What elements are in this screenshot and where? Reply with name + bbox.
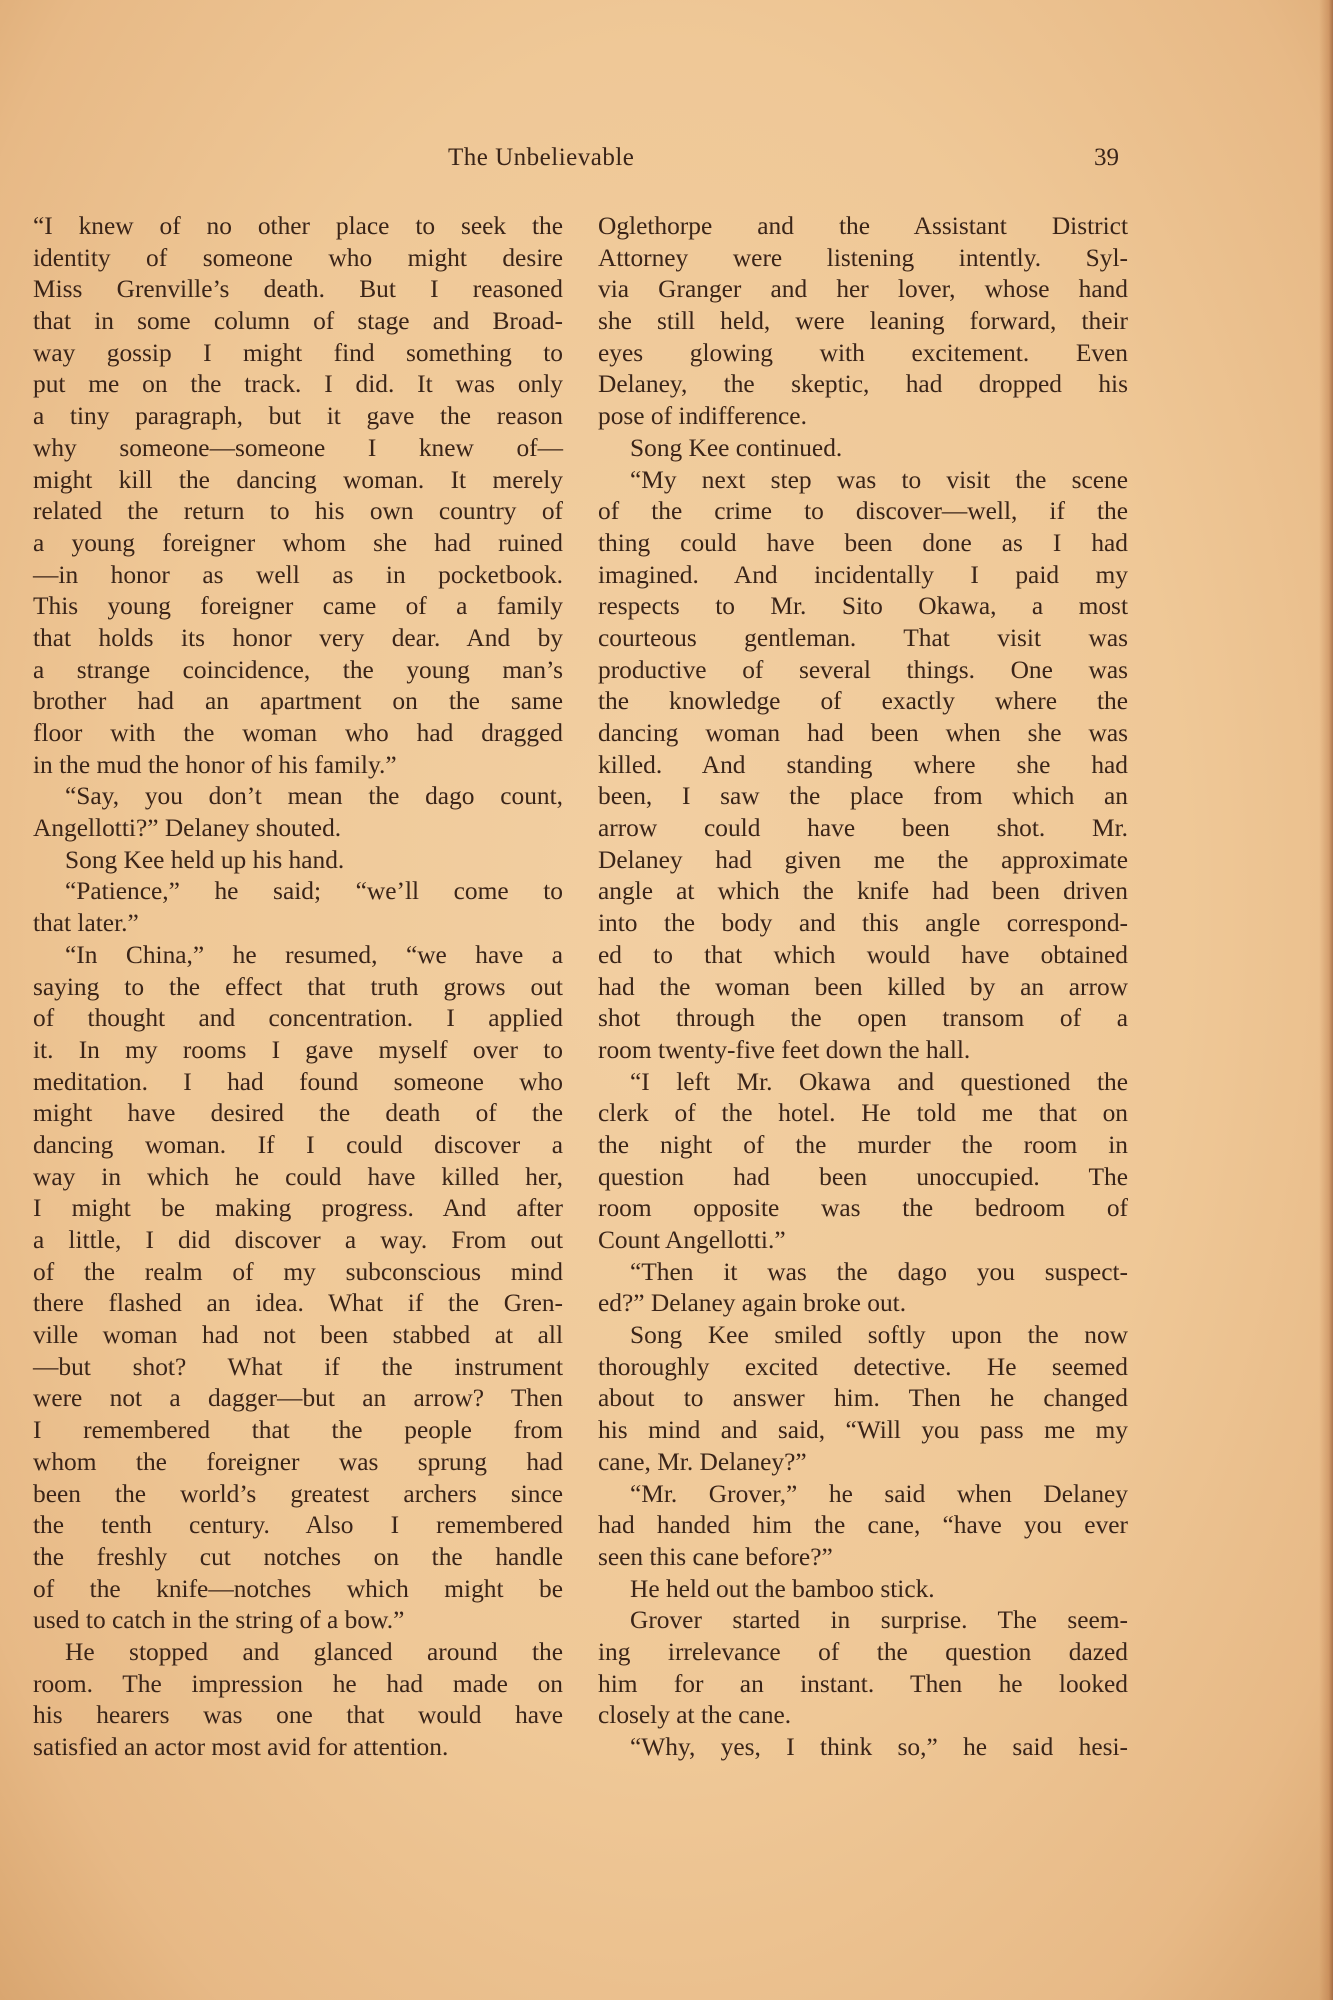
- text-line: might have desired the death of the: [33, 1098, 563, 1130]
- text-line: pose of indifference.: [598, 401, 1128, 433]
- text-line: meditation. I had found someone who: [33, 1067, 563, 1099]
- text-line: Count Angellotti.”: [598, 1225, 1128, 1257]
- text-line: ed to that which would have obtained: [598, 940, 1128, 972]
- text-line: a strange coincidence, the young man’s: [33, 655, 563, 687]
- text-line: cane, Mr. Delaney?”: [598, 1447, 1128, 1479]
- text-line: Oglethorpe and the Assistant District: [598, 211, 1128, 243]
- text-line: that holds its honor very dear. And by: [33, 623, 563, 655]
- text-line: room opposite was the bedroom of: [598, 1193, 1128, 1225]
- text-line: “Why, yes, I think so,” he said hesi-: [598, 1732, 1128, 1764]
- text-line: way in which he could have killed her,: [33, 1162, 563, 1194]
- text-line: room. The impression he had made on: [33, 1669, 563, 1701]
- text-line: Delaney had given me the approximate: [598, 845, 1128, 877]
- text-line: respects to Mr. Sito Okawa, a most: [598, 591, 1128, 623]
- text-line: floor with the woman who had dragged: [33, 718, 563, 750]
- text-line: the tenth century. Also I remembered: [33, 1510, 563, 1542]
- text-line: ing irrelevance of the question dazed: [598, 1637, 1128, 1669]
- text-line: imagined. And incidentally I paid my: [598, 560, 1128, 592]
- text-line: might kill the dancing woman. It merely: [33, 465, 563, 497]
- text-line: arrow could have been shot. Mr.: [598, 813, 1128, 845]
- text-line: closely at the cane.: [598, 1700, 1128, 1732]
- text-line: about to answer him. Then he changed: [598, 1383, 1128, 1415]
- text-line: eyes glowing with excitement. Even: [598, 338, 1128, 370]
- text-line: she still held, were leaning forward, th…: [598, 306, 1128, 338]
- text-line: Angellotti?” Delaney shouted.: [33, 813, 563, 845]
- text-line: a tiny paragraph, but it gave the reason: [33, 401, 563, 433]
- text-line: “I knew of no other place to seek the: [33, 211, 563, 243]
- text-line: ed?” Delaney again broke out.: [598, 1288, 1128, 1320]
- text-line: of the realm of my subconscious mind: [33, 1257, 563, 1289]
- text-line: into the body and this angle correspond-: [598, 908, 1128, 940]
- text-line: dancing woman had been when she was: [598, 718, 1128, 750]
- text-line: been, I saw the place from which an: [598, 781, 1128, 813]
- text-line: related the return to his own country of: [33, 496, 563, 528]
- text-line: had the woman been killed by an arrow: [598, 972, 1128, 1004]
- text-line: that later.”: [33, 908, 563, 940]
- text-line: “Say, you don’t mean the dago count,: [33, 781, 563, 813]
- text-line: of the crime to discover—well, if the: [598, 496, 1128, 528]
- text-line: had handed him the cane, “have you ever: [598, 1510, 1128, 1542]
- text-line: He held out the bamboo stick.: [598, 1574, 1128, 1606]
- text-line: I might be making progress. And after: [33, 1193, 563, 1225]
- text-line: were not a dagger—but an arrow? Then: [33, 1383, 563, 1415]
- text-line: killed. And standing where she had: [598, 750, 1128, 782]
- text-line: Song Kee held up his hand.: [33, 845, 563, 877]
- text-line: Miss Grenville’s death. But I reasoned: [33, 274, 563, 306]
- text-line: the night of the murder the room in: [598, 1130, 1128, 1162]
- text-line: him for an instant. Then he looked: [598, 1669, 1128, 1701]
- text-line: “Mr. Grover,” he said when Delaney: [598, 1479, 1128, 1511]
- text-line: of thought and concentration. I applied: [33, 1003, 563, 1035]
- text-line: Grover started in surprise. The seem-: [598, 1605, 1128, 1637]
- text-line: put me on the track. I did. It was only: [33, 369, 563, 401]
- text-line: brother had an apartment on the same: [33, 686, 563, 718]
- text-line: He stopped and glanced around the: [33, 1637, 563, 1669]
- text-line: a little, I did discover a way. From out: [33, 1225, 563, 1257]
- text-line: that in some column of stage and Broad-: [33, 306, 563, 338]
- running-title: The Unbelievable: [448, 144, 634, 172]
- text-line: clerk of the hotel. He told me that on: [598, 1098, 1128, 1130]
- text-line: his hearers was one that would have: [33, 1700, 563, 1732]
- running-header: The Unbelievable 39: [0, 144, 1333, 178]
- text-line: “In China,” he resumed, “we have a: [33, 940, 563, 972]
- text-line: shot through the open transom of a: [598, 1003, 1128, 1035]
- right-text-column: Oglethorpe and the Assistant DistrictAtt…: [598, 211, 1128, 1764]
- text-line: saying to the effect that truth grows ou…: [33, 972, 563, 1004]
- text-line: “Patience,” he said; “we’ll come to: [33, 876, 563, 908]
- text-line: in the mud the honor of his family.”: [33, 750, 563, 782]
- text-line: “Then it was the dago you suspect-: [598, 1257, 1128, 1289]
- text-line: Attorney were listening intently. Syl-: [598, 243, 1128, 275]
- text-line: room twenty-five feet down the hall.: [598, 1035, 1128, 1067]
- text-line: thing could have been done as I had: [598, 528, 1128, 560]
- text-line: angle at which the knife had been driven: [598, 876, 1128, 908]
- text-line: This young foreigner came of a family: [33, 591, 563, 623]
- text-line: question had been unoccupied. The: [598, 1162, 1128, 1194]
- text-line: a young foreigner whom she had ruined: [33, 528, 563, 560]
- text-line: productive of several things. One was: [598, 655, 1128, 687]
- text-line: “My next step was to visit the scene: [598, 465, 1128, 497]
- text-line: of the knife—notches which might be: [33, 1574, 563, 1606]
- text-line: identity of someone who might desire: [33, 243, 563, 275]
- text-line: been the world’s greatest archers since: [33, 1479, 563, 1511]
- text-line: whom the foreigner was sprung had: [33, 1447, 563, 1479]
- text-line: ville woman had not been stabbed at all: [33, 1320, 563, 1352]
- text-line: dancing woman. If I could discover a: [33, 1130, 563, 1162]
- text-line: satisfied an actor most avid for attenti…: [33, 1732, 563, 1764]
- text-line: Delaney, the skeptic, had dropped his: [598, 369, 1128, 401]
- text-line: used to catch in the string of a bow.”: [33, 1605, 563, 1637]
- text-line: via Granger and her lover, whose hand: [598, 274, 1128, 306]
- text-line: “I left Mr. Okawa and questioned the: [598, 1067, 1128, 1099]
- text-line: —in honor as well as in pocketbook.: [33, 560, 563, 592]
- text-line: I remembered that the people from: [33, 1415, 563, 1447]
- page-number: 39: [1094, 144, 1119, 172]
- text-line: there flashed an idea. What if the Gren-: [33, 1288, 563, 1320]
- text-line: it. In my rooms I gave myself over to: [33, 1035, 563, 1067]
- text-line: Song Kee continued.: [598, 433, 1128, 465]
- text-line: his mind and said, “Will you pass me my: [598, 1415, 1128, 1447]
- text-line: the freshly cut notches on the handle: [33, 1542, 563, 1574]
- text-line: why someone—someone I knew of—: [33, 433, 563, 465]
- left-text-column: “I knew of no other place to seek theide…: [33, 211, 563, 1764]
- text-line: —but shot? What if the instrument: [33, 1352, 563, 1384]
- text-line: thoroughly excited detective. He seemed: [598, 1352, 1128, 1384]
- text-line: seen this cane before?”: [598, 1542, 1128, 1574]
- text-line: courteous gentleman. That visit was: [598, 623, 1128, 655]
- text-line: way gossip I might find something to: [33, 338, 563, 370]
- book-page: The Unbelievable 39 “I knew of no other …: [0, 0, 1333, 2000]
- text-line: Song Kee smiled softly upon the now: [598, 1320, 1128, 1352]
- text-line: the knowledge of exactly where the: [598, 686, 1128, 718]
